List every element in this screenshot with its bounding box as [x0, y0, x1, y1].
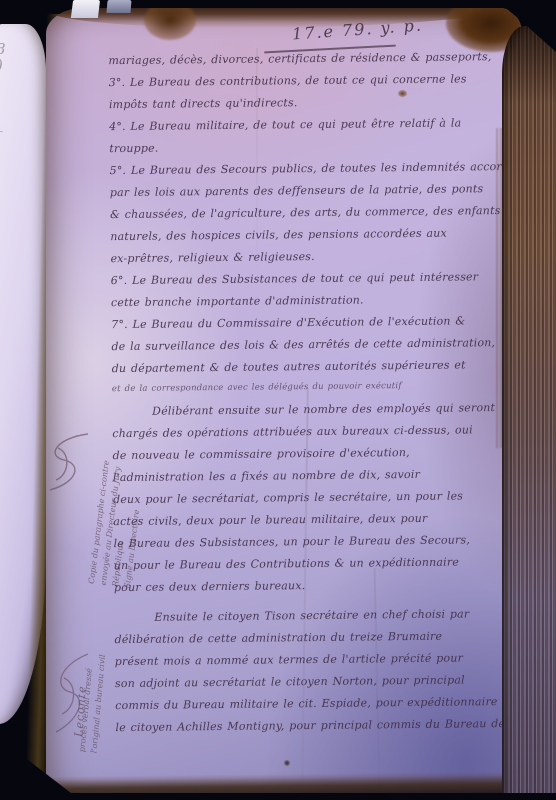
bookmark-tab-white — [71, 0, 100, 18]
manuscript-text: mariages, décès, divorces, certificats d… — [108, 50, 521, 743]
manuscript-line: le citoyen Achilles Montigny, pour princ… — [115, 717, 521, 743]
bleedthrough-mark: ) — [0, 58, 3, 73]
background-strip — [0, 793, 556, 800]
book-fore-edge — [502, 26, 556, 800]
bleedthrough-mark: 8 — [0, 42, 6, 57]
page-bottom-edge — [46, 772, 522, 794]
ink-speck — [284, 760, 290, 766]
bleedthrough-mark: — — [0, 128, 3, 137]
manuscript-page: 17.e 79. y. p. mariages, décès, divorces… — [46, 8, 522, 794]
bookmark-tab-gray — [106, 0, 131, 13]
manuscript-line: pour ces deux derniers bureaux. — [114, 577, 520, 603]
ink-stain — [144, 8, 196, 40]
signature-flourish — [46, 428, 98, 498]
signature-paraph — [48, 648, 94, 738]
manuscript-photo: 8 ) — 17.e 79. y. p. mariages, décès, di… — [0, 0, 556, 800]
